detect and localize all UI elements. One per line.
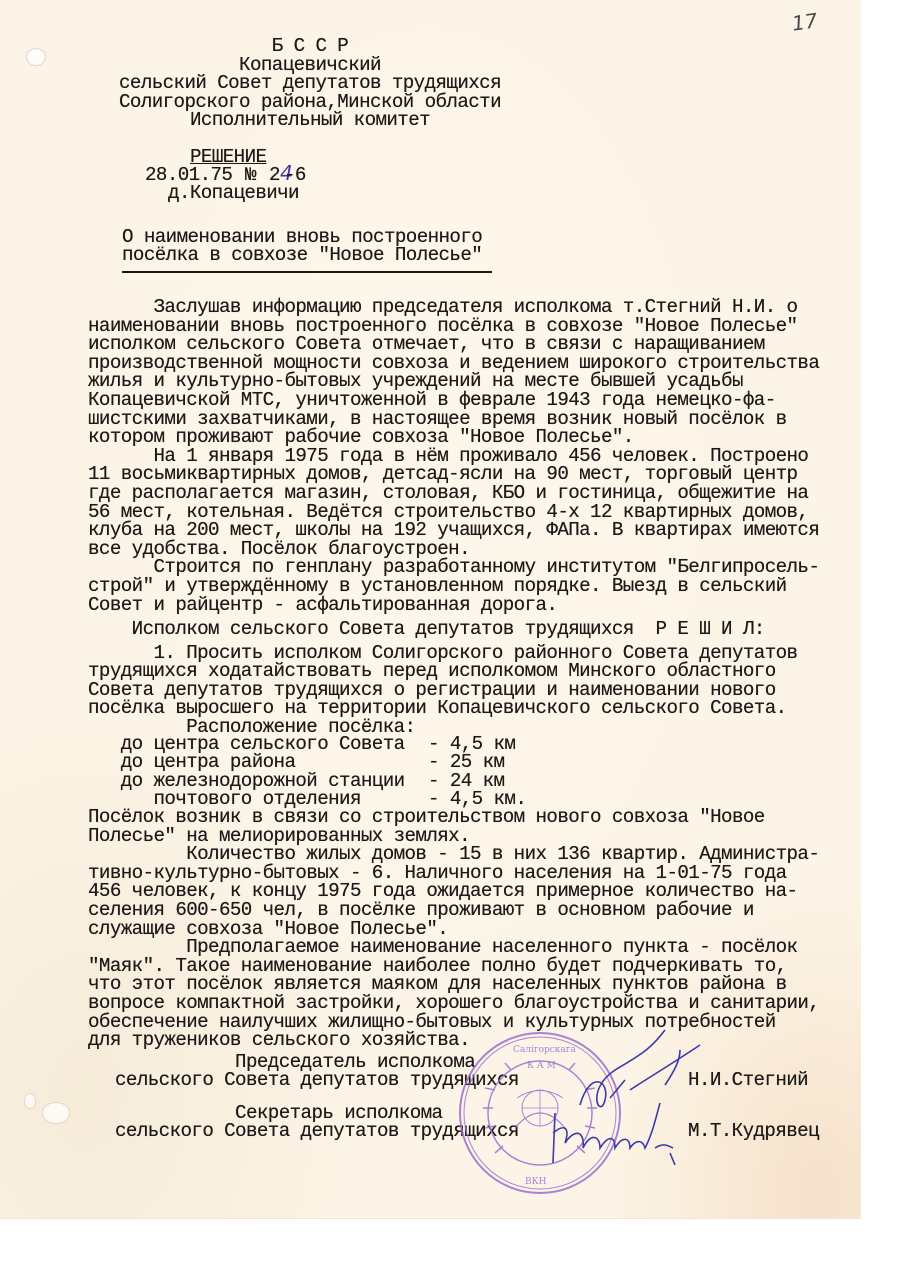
svg-text:ВКН: ВКН xyxy=(525,1177,547,1187)
svg-text:К А М: К А М xyxy=(527,1061,556,1071)
official-stamp-icon: Салігорскага К А М ВКН xyxy=(455,1028,625,1198)
signatory-council: сельского Совета депутатов трудящихся xyxy=(115,1122,519,1141)
signatory-council: сельского Совета депутатов трудящихся xyxy=(115,1071,519,1090)
resolution-intro: Исполком сельского Совета депутатов труд… xyxy=(88,620,765,639)
decision-place: д.Копацевичи xyxy=(168,184,299,203)
closing-line: для тружеников сельского хозяйства. xyxy=(88,1031,470,1050)
punch-hole-bottom-small xyxy=(24,1093,36,1109)
secretary-signature-icon xyxy=(545,1093,695,1173)
header-committee: Исполнительный комитет xyxy=(0,111,630,130)
svg-text:Салігорскага: Салігорскага xyxy=(513,1045,576,1055)
subject-underline xyxy=(122,271,492,273)
signatory-name: Н.И.Стегний xyxy=(688,1071,808,1090)
body-line: Совет и райцентр - асфальтированная доро… xyxy=(88,596,557,615)
signatory-name: М.Т.Кудрявец xyxy=(688,1122,819,1141)
punch-hole-bottom xyxy=(42,1102,70,1124)
document-page: 17 Б С С Р Копацевичский сельский Совет … xyxy=(0,0,861,1218)
archive-page-number: 17 xyxy=(790,8,819,35)
subject-line-2: посёлка в совхозе "Новое Полесье" xyxy=(122,246,482,265)
